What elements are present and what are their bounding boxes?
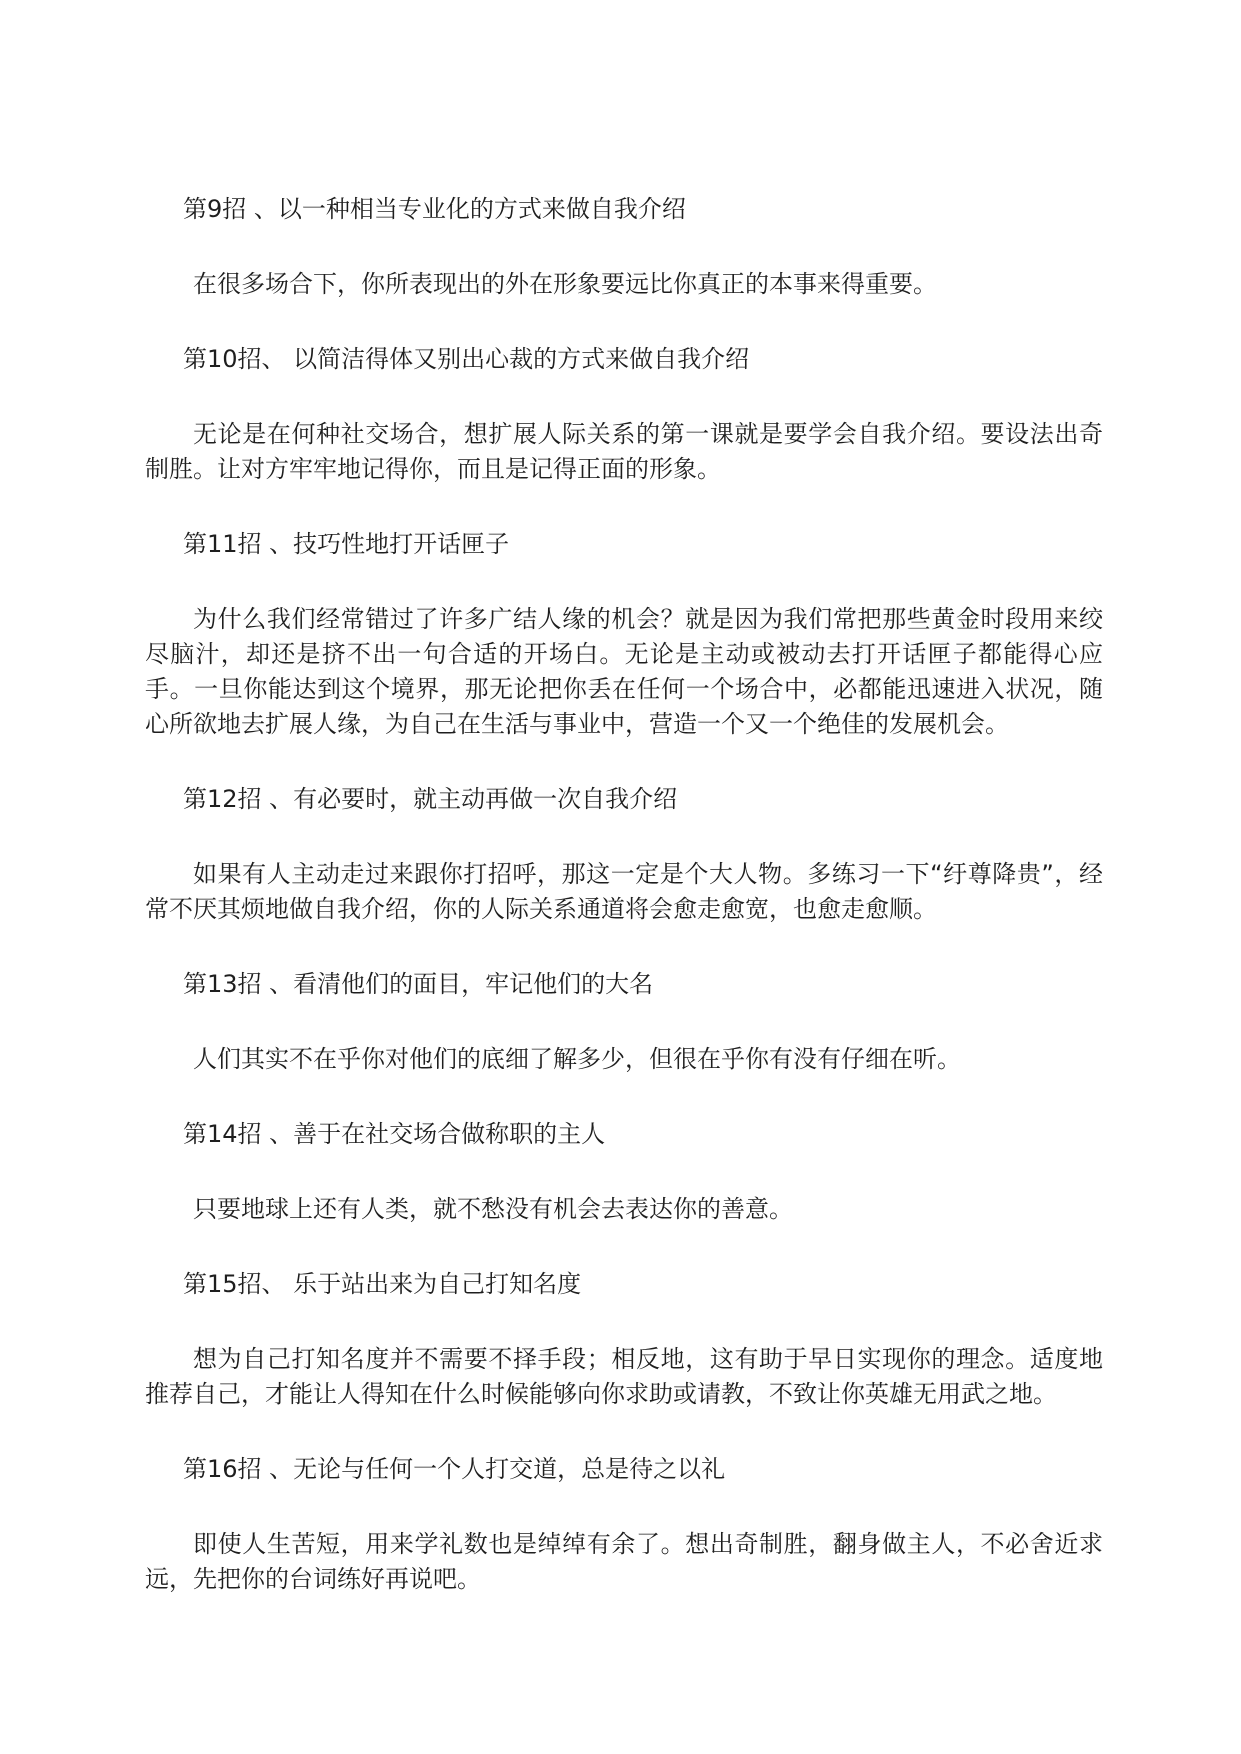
tip-13-body: 人们其实不在乎你对他们的底细了解多少，但很在乎你有没有仔细在听。: [145, 1042, 1103, 1077]
tip-11-body: 为什么我们经常错过了许多广结人缘的机会？就是因为我们常把那些黄金时段用来绞尽脑汁…: [145, 602, 1103, 742]
section-tip-12: 第12招 、有必要时，就主动再做一次自我介绍 如果有人主动走过来跟你打招呼，那这…: [145, 782, 1103, 927]
tip-10-heading: 第10招、 以简洁得体又别出心裁的方式来做自我介绍: [145, 342, 1103, 377]
document-page: 第9招 、以一种相当专业化的方式来做自我介绍 在很多场合下，你所表现出的外在形象…: [0, 0, 1241, 1754]
tip-12-body: 如果有人主动走过来跟你打招呼，那这一定是个大人物。多练习一下“纡尊降贵”，经常不…: [145, 857, 1103, 927]
tip-14-heading: 第14招 、善于在社交场合做称职的主人: [145, 1117, 1103, 1152]
section-tip-15: 第15招、 乐于站出来为自己打知名度 想为自己打知名度并不需要不择手段；相反地，…: [145, 1267, 1103, 1412]
tip-11-heading: 第11招 、技巧性地打开话匣子: [145, 527, 1103, 562]
tip-14-body: 只要地球上还有人类，就不愁没有机会去表达你的善意。: [145, 1192, 1103, 1227]
tip-9-heading: 第9招 、以一种相当专业化的方式来做自我介绍: [145, 192, 1103, 227]
tip-16-body: 即使人生苦短，用来学礼数也是绰绰有余了。想出奇制胜，翻身做主人，不必舍近求远，先…: [145, 1527, 1103, 1597]
tip-13-heading: 第13招 、看清他们的面目，牢记他们的大名: [145, 967, 1103, 1002]
tip-10-body: 无论是在何种社交场合，想扩展人际关系的第一课就是要学会自我介绍。要设法出奇制胜。…: [145, 417, 1103, 487]
tip-12-heading: 第12招 、有必要时，就主动再做一次自我介绍: [145, 782, 1103, 817]
tip-15-body: 想为自己打知名度并不需要不择手段；相反地，这有助于早日实现你的理念。适度地推荐自…: [145, 1342, 1103, 1412]
section-tip-14: 第14招 、善于在社交场合做称职的主人 只要地球上还有人类，就不愁没有机会去表达…: [145, 1117, 1103, 1227]
section-tip-10: 第10招、 以简洁得体又别出心裁的方式来做自我介绍 无论是在何种社交场合，想扩展…: [145, 342, 1103, 487]
section-tip-11: 第11招 、技巧性地打开话匣子 为什么我们经常错过了许多广结人缘的机会？就是因为…: [145, 527, 1103, 742]
tip-16-heading: 第16招 、无论与任何一个人打交道，总是待之以礼: [145, 1452, 1103, 1487]
tip-9-body: 在很多场合下，你所表现出的外在形象要远比你真正的本事来得重要。: [145, 267, 1103, 302]
tip-15-heading: 第15招、 乐于站出来为自己打知名度: [145, 1267, 1103, 1302]
section-tip-13: 第13招 、看清他们的面目，牢记他们的大名 人们其实不在乎你对他们的底细了解多少…: [145, 967, 1103, 1077]
section-tip-9: 第9招 、以一种相当专业化的方式来做自我介绍 在很多场合下，你所表现出的外在形象…: [145, 192, 1103, 302]
section-tip-16: 第16招 、无论与任何一个人打交道，总是待之以礼 即使人生苦短，用来学礼数也是绰…: [145, 1452, 1103, 1597]
